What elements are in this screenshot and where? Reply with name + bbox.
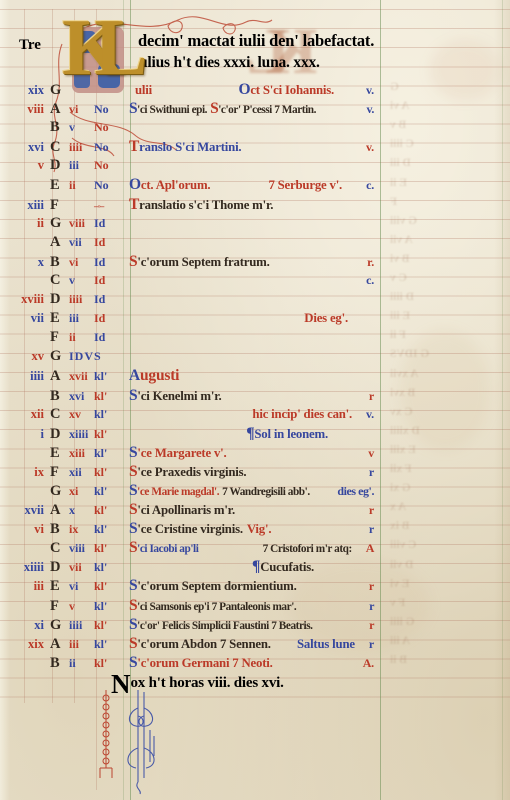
dominical-letter-cell: F	[47, 197, 69, 214]
feast-initial: S	[129, 597, 137, 614]
calendar-row: xviCiiiiNoTranslo S'ci Martini.v.	[0, 138, 379, 157]
feast-segment: ¶Sol in leonem.	[246, 425, 328, 443]
marker-cell: kl'	[94, 637, 129, 652]
feast-initial: S	[129, 616, 137, 633]
feast-segment: Translo S'ci Martini.	[129, 138, 241, 156]
feast-entry-cell: S'c'or' Felicis Simplicii Faustini 7 Bea…	[129, 616, 379, 634]
golden-number-cell: x	[0, 255, 47, 270]
day-count-cell: vii	[69, 560, 94, 575]
feast-initial: A	[129, 367, 140, 384]
month-summary-line: ulius h't dies xxxi. luna. xxx.	[139, 54, 320, 72]
day-count-cell: xiiii	[69, 427, 94, 442]
show-through-ghost-row: E ii	[390, 177, 407, 189]
calendar-row: xiiCxvkl'hic incip' dies can'.v.	[0, 406, 379, 425]
feast-entry-cell: S'ci Samsonis ep'i 7 Pantaleonis mar'.r	[129, 597, 379, 615]
marker-cell: kl'	[94, 579, 129, 594]
feast-segment: Dies eg'.	[304, 311, 348, 326]
calendar-row: xiiiiDviikl'¶Cucufatis.	[0, 558, 379, 577]
golden-number-cell: xv	[0, 349, 47, 364]
show-through-ghost-row: F v	[390, 597, 405, 609]
feast-entry-cell: S'ce Marie magdal'.7 Wandregisili abb'.d…	[129, 482, 379, 500]
golden-number-cell: vii	[0, 311, 47, 326]
day-count-cell: ix	[69, 522, 94, 537]
show-through-ghost-row: D vii	[390, 559, 413, 571]
day-count-cell: xvii	[69, 369, 94, 384]
feast-segment: Translatio s'c'i Thome m'r.	[129, 196, 273, 214]
feast-entry-cell: S'ce Margarete v'.v	[129, 444, 379, 462]
marker-cell: Id	[94, 292, 129, 307]
dominical-letter-cell: A	[47, 234, 69, 251]
show-through-ghost-row: A xvii	[390, 368, 418, 380]
marker-cell: Id	[94, 273, 129, 288]
show-through-ghost-row: G iiii	[390, 616, 415, 628]
dominical-letter-cell: A	[47, 502, 69, 519]
end-letter-cell: v	[368, 446, 374, 461]
calendar-row: FiiId	[0, 329, 379, 348]
marker-cell: kl'	[94, 618, 129, 633]
end-letter-cell: c.	[366, 273, 374, 288]
golden-number-cell: i	[0, 427, 47, 442]
feast-entry-cell: Oct. Apl'orum.7 Serburge v'.c.	[129, 176, 379, 194]
show-through-ghost-row: F xii	[390, 463, 412, 475]
golden-number-cell: ii	[0, 216, 47, 231]
dominical-letter-cell: G	[47, 617, 69, 634]
golden-number-cell: xiii	[0, 198, 47, 213]
marker-cell: kl'	[94, 503, 129, 518]
feast-entry-cell: S'ci Swithuni epi.S'c'or' P'cessi 7 Mart…	[129, 100, 379, 118]
feast-entry-cell: Translatio s'c'i Thome m'r.	[129, 196, 379, 214]
dominical-letter-cell: B	[47, 119, 69, 136]
feast-entry-cell: S'ci Kenelmi m'r.r	[129, 387, 379, 405]
marker-cell: kl'	[94, 522, 129, 537]
day-count-cell: ii	[69, 656, 94, 671]
dominical-letter-cell: A	[47, 368, 69, 385]
dominical-letter-cell: B	[47, 388, 69, 405]
verse-margin-syllable: Tre	[19, 37, 41, 54]
dominical-letter-cell: F	[47, 598, 69, 615]
marker-cell: kl'	[94, 407, 129, 422]
show-through-ghost-row: D xiiii	[390, 425, 420, 437]
calendar-row: vDiiiNo	[0, 157, 379, 176]
show-through-ghost-row: C viii	[390, 539, 417, 551]
dominical-letter-cell: D	[47, 291, 69, 308]
dominical-letter-cell: C	[47, 540, 69, 557]
marker-cell: kl'	[94, 446, 129, 461]
feast-entry-cell: uliiOct S'ci Iohannis.v.	[129, 81, 379, 99]
marker-cell: kl'	[94, 389, 129, 404]
feast-segment: S'ci Kenelmi m'r.	[129, 387, 222, 405]
footer-text: ox h't horas viii. dies xvi.	[131, 675, 284, 692]
calendar-row: EiiNoOct. Apl'orum.7 Serburge v'.c.	[0, 176, 379, 195]
feast-initial: ¶	[252, 558, 260, 575]
show-through-ghost-row: B ii	[390, 654, 407, 666]
calendar-row: Fvkl'S'ci Samsonis ep'i 7 Pantaleonis ma…	[0, 597, 379, 616]
feast-initial: T	[129, 196, 139, 213]
golden-number-cell: xvi	[0, 140, 47, 155]
show-through-ghost-row: C v	[390, 272, 407, 284]
golden-number-cell: xix	[0, 637, 47, 652]
end-letter-cell: A.	[363, 656, 374, 671]
show-through-ghost-row: G IDVS	[390, 348, 429, 360]
day-count-cell: vi	[69, 579, 94, 594]
day-count-cell: xv	[69, 407, 94, 422]
marker-cell: Id	[94, 216, 129, 231]
day-count-cell: ii	[69, 178, 94, 193]
feast-segment: S'c'or' Felicis Simplicii Faustini 7 Bea…	[129, 616, 313, 634]
end-letter-cell: v.	[366, 140, 374, 155]
dominical-letter-cell: G	[47, 348, 69, 365]
feast-initial: S	[129, 501, 137, 518]
marker-cell: No	[94, 158, 129, 173]
calendar-row: xviiiDiiiiId	[0, 291, 379, 310]
calendar-row: xixAiiikl'S'c'orum Abdon 7 Sennen.Saltus…	[0, 635, 379, 654]
show-through-ghost-row: G	[390, 81, 399, 93]
show-through-ghost-row: C iiii	[390, 138, 414, 150]
feast-initial: S	[129, 253, 137, 270]
end-letter-cell: c.	[366, 178, 374, 193]
golden-number-cell: viii	[0, 102, 47, 117]
show-through-ghost-row: E xiii	[390, 444, 416, 456]
dominical-letter-cell: B	[47, 254, 69, 271]
day-count-cell: iiii	[69, 292, 94, 307]
feast-entry-cell: S'ce Praxedis virginis.r	[129, 463, 379, 481]
parchment-stain	[430, 40, 500, 100]
end-letter-cell: r	[369, 465, 374, 480]
page-edge-right-shade	[494, 0, 510, 800]
show-through-ghost-row: B vi	[390, 253, 410, 265]
end-letter-cell: v.	[366, 83, 374, 98]
green-column-rule	[380, 0, 381, 800]
feast-segment: S'c'orum Abdon 7 Sennen.	[129, 635, 271, 653]
day-count-cell: iiii	[69, 618, 94, 633]
show-through-ghost-row: A vi	[390, 100, 410, 112]
dominical-letter-cell: A	[47, 636, 69, 653]
feast-initial: O	[238, 81, 250, 98]
feast-initial: S	[129, 520, 137, 537]
feast-entry-cell: ¶Sol in leonem.	[129, 425, 379, 443]
golden-number-cell: xvii	[0, 503, 47, 518]
end-letter-cell: r	[369, 618, 374, 633]
feast-segment: S'ci Iacobi ap'li	[129, 539, 198, 557]
calendar-row: Exiiikl'S'ce Margarete v'.v	[0, 444, 379, 463]
calendar-row: AviiId	[0, 234, 379, 253]
feast-segment: S'ci Samsonis ep'i 7 Pantaleonis mar'.	[129, 597, 296, 615]
feast-entry-cell: S'ce Cristine virginis.Vig'.r	[129, 520, 379, 538]
feast-segment: Oct S'ci Iohannis.	[238, 81, 334, 99]
end-letter-cell: A	[366, 541, 374, 556]
marker-cell: No	[94, 120, 129, 135]
dominical-letter-cell: E	[47, 177, 69, 194]
day-count-cell: iiii	[69, 140, 94, 155]
marker-cell: kl'	[94, 599, 129, 614]
dominical-letter-cell: E	[47, 310, 69, 327]
show-through-ghost-row: A vii	[390, 234, 413, 246]
calendar-row: ixFxiikl'S'ce Praxedis virginis.r	[0, 463, 379, 482]
feast-segment: Oct. Apl'orum.	[129, 176, 210, 194]
feast-entry-cell: ¶Cucufatis.	[129, 558, 379, 576]
golden-number-cell: iii	[0, 579, 47, 594]
golden-number-cell: xi	[0, 618, 47, 633]
marker-cell: kl'	[94, 427, 129, 442]
calendar-rows: xixGuliiOct S'ci Iohannis.v.viiiAviNoS'c…	[0, 81, 379, 673]
dominical-letter-cell: F	[47, 329, 69, 346]
dominical-letter-cell: G	[47, 483, 69, 500]
show-through-ghost-row: E vi	[390, 578, 410, 590]
day-count-cell: xiii	[69, 446, 94, 461]
feast-entry-cell: S'c'orum Abdon 7 Sennen.Saltus luner	[129, 635, 379, 653]
feast-segment: S'ci Swithuni epi.	[129, 100, 207, 118]
show-through-ghost-row: A x	[390, 501, 406, 513]
show-through-ghost-row: C xv	[390, 406, 413, 418]
show-through-ghost-row: B v	[390, 119, 406, 131]
golden-number-cell: xiiii	[0, 560, 47, 575]
dominical-letter-cell: D	[47, 559, 69, 576]
show-through-kl-monogram: KL	[270, 14, 317, 90]
dominical-letter-cell: G	[47, 215, 69, 232]
show-through-ghost-row: G viii	[390, 215, 417, 227]
end-letter-cell: r	[369, 579, 374, 594]
show-through-ghost-row: F	[390, 196, 397, 208]
bottom-pen-flourishes	[92, 690, 182, 795]
marker-cell: Id	[94, 330, 129, 345]
day-count-cell: v	[69, 120, 94, 135]
calendar-row: xvGIDVS	[0, 348, 379, 367]
calendar-row: xBviIdS'c'orum Septem fratrum.r.	[0, 253, 379, 272]
calendar-row: xiiiF–◦–Translatio s'c'i Thome m'r.	[0, 196, 379, 215]
day-count-cell: xvi	[69, 389, 94, 404]
feast-segment: S'c'orum Septem dormientium.	[129, 577, 297, 595]
show-through-ghost-row: B xvi	[390, 387, 415, 399]
feast-initial: ¶	[246, 425, 254, 442]
marker-cell: kl'	[94, 541, 129, 556]
marker-cell: kl'	[94, 484, 129, 499]
feast-initial: S	[129, 539, 137, 556]
golden-number-cell: xix	[0, 83, 47, 98]
marker-cell: kl'	[94, 369, 129, 384]
calendar-row: iiGviiiId	[0, 215, 379, 234]
marker-cell: –◦–	[94, 201, 129, 211]
dominical-letter-cell: B	[47, 521, 69, 538]
day-count-cell: viii	[69, 541, 94, 556]
show-through-ghost-row: A iii	[390, 635, 410, 647]
calendar-row: viBixkl'S'ce Cristine virginis.Vig'.r	[0, 520, 379, 539]
calendar-row: viiEiiiIdDies eg'.	[0, 310, 379, 329]
feast-segment: Augusti	[129, 367, 179, 385]
marker-cell: Id	[94, 311, 129, 326]
golden-number-cell: ix	[0, 465, 47, 480]
end-letter-cell: r	[369, 389, 374, 404]
dominical-letter-cell: E	[47, 578, 69, 595]
day-count-cell: viii	[69, 216, 94, 231]
calendar-row: xiGiiiikl'S'c'or' Felicis Simplicii Faus…	[0, 616, 379, 635]
day-count-cell: IDVS	[69, 349, 94, 364]
marker-cell: No	[94, 178, 129, 193]
feast-segment: S'c'orum Germani 7 Neoti.	[129, 654, 273, 672]
dominical-letter-cell: D	[47, 157, 69, 174]
feast-initial: S	[129, 482, 137, 499]
feast-segment: 7 Wandregisili abb'.	[222, 486, 310, 498]
marker-cell: kl'	[94, 560, 129, 575]
feast-entry-cell: Dies eg'.	[129, 311, 379, 326]
day-count-cell: x	[69, 503, 94, 518]
feast-entry-cell: S'c'orum Germani 7 Neoti.A.	[129, 654, 379, 672]
kl-monogram-letters: KL	[62, 3, 118, 94]
calendar-row: Bxvikl'S'ci Kenelmi m'r.r	[0, 387, 379, 406]
marker-cell: Id	[94, 255, 129, 270]
dominical-letter-cell: B	[47, 655, 69, 672]
feast-segment: S'ce Cristine virginis.	[129, 520, 243, 538]
show-through-ghost-row: E iii	[390, 310, 410, 322]
dominical-letter-cell: E	[47, 445, 69, 462]
egyptian-days-verse: decim' mactat iulii den' labefactat.	[138, 31, 374, 51]
day-count-cell: vii	[69, 235, 94, 250]
parchment-stain	[400, 330, 490, 450]
end-letter-cell: r	[369, 522, 374, 537]
calendar-row: BvNo	[0, 119, 379, 138]
marker-cell: Id	[94, 235, 129, 250]
calendar-row: viiiAviNoS'ci Swithuni epi.S'c'or' P'ces…	[0, 100, 379, 119]
day-count-cell: v	[69, 599, 94, 614]
dominical-letter-cell: D	[47, 426, 69, 443]
feast-initial: S	[210, 100, 218, 117]
end-letter-cell: r	[369, 637, 374, 652]
feast-initial: S	[129, 635, 137, 652]
feast-initial: S	[129, 387, 137, 404]
dominical-letter-cell: C	[47, 406, 69, 423]
golden-number-cell: xii	[0, 407, 47, 422]
calendar-row: iiiiAxviikl'Augusti	[0, 367, 379, 386]
day-count-cell: iii	[69, 311, 94, 326]
end-letter-cell: dies eg'.	[337, 484, 374, 499]
feast-segment: Saltus lune	[297, 637, 355, 652]
feast-entry-cell: c.	[129, 273, 379, 288]
feast-segment: S'ce Marie magdal'.	[129, 482, 219, 500]
feast-initial: S	[129, 463, 137, 480]
marker-cell: kl'	[94, 465, 129, 480]
feast-segment: S'c'orum Septem fratrum.	[129, 253, 270, 271]
day-count-cell: xi	[69, 484, 94, 499]
feast-segment: S'c'or' P'cessi 7 Martin.	[210, 100, 316, 118]
dominical-letter-cell: C	[47, 272, 69, 289]
end-letter-cell: r	[369, 599, 374, 614]
feast-entry-cell: S'c'orum Septem fratrum.r.	[129, 253, 379, 271]
feast-entry-cell: hic incip' dies can'.v.	[129, 407, 379, 422]
dominical-letter-cell: F	[47, 464, 69, 481]
calendar-row: iiiEvikl'S'c'orum Septem dormientium.r	[0, 577, 379, 596]
dominical-letter-cell: C	[47, 139, 69, 156]
day-count-cell: iii	[69, 158, 94, 173]
manuscript-page: KL GA viB vC iiiiD iiiE iiFG viiiA viiB …	[0, 0, 510, 800]
calendar-row: Gxikl'S'ce Marie magdal'.7 Wandregisili …	[0, 482, 379, 501]
feast-entry-cell: Augusti	[129, 367, 379, 385]
day-count-cell: ii	[69, 330, 94, 345]
feast-entry-cell: Translo S'ci Martini.v.	[129, 138, 379, 156]
calendar-row: Cviiikl'S'ci Iacobi ap'li7 Cristofori m'…	[0, 539, 379, 558]
show-through-ghost-row: D iiii	[390, 291, 414, 303]
feast-segment: ¶Cucufatis.	[252, 558, 314, 576]
footer-line: N ox h't horas viii. dies xvi.	[111, 671, 284, 698]
golden-number-cell: vi	[0, 522, 47, 537]
feast-entry-cell: S'ci Apollinaris m'r.r	[129, 501, 379, 519]
footer-initial: N	[111, 671, 131, 698]
feast-segment: S'ci Apollinaris m'r.	[129, 501, 235, 519]
feast-initial: T	[129, 138, 139, 155]
calendar-row: xixGuliiOct S'ci Iohannis.v.	[0, 81, 379, 100]
show-through-ghost-column: GA viB vC iiiiD iiiE iiFG viiiA viiB viC…	[384, 81, 506, 681]
feast-segment: S'ce Praxedis virginis.	[129, 463, 246, 481]
feast-segment: Vig'.	[247, 522, 271, 537]
end-letter-cell: r.	[367, 255, 374, 270]
feast-initial: S	[129, 444, 137, 461]
day-count-cell: v	[69, 273, 94, 288]
show-through-ghost-row: D iii	[390, 157, 411, 169]
marker-cell: No	[94, 140, 129, 155]
show-through-ghost-row: B ix	[390, 520, 410, 532]
show-through-ghost-row: F ii	[390, 329, 406, 341]
calendar-row: iDxiiiikl'¶Sol in leonem.	[0, 425, 379, 444]
end-letter-cell: v.	[366, 407, 374, 422]
kl-monogram: KL	[60, 12, 138, 107]
day-count-cell: iii	[69, 637, 94, 652]
golden-number-cell: iiii	[0, 369, 47, 384]
day-count-cell: xii	[69, 465, 94, 480]
calendar-row: CvIdc.	[0, 272, 379, 291]
feast-segment: 7 Cristofori m'r atq:	[263, 543, 352, 555]
calendar-row: xviiAxkl'S'ci Apollinaris m'r.r	[0, 501, 379, 520]
feast-entry-cell: S'c'orum Septem dormientium.r	[129, 577, 379, 595]
feast-initial: O	[129, 176, 141, 193]
golden-number-cell: v	[0, 158, 47, 173]
feast-segment: 7 Serburge v'.	[268, 178, 342, 193]
day-count-cell: vi	[69, 255, 94, 270]
show-through-ghost-row: G xi	[390, 482, 411, 494]
feast-entry-cell: S'ci Iacobi ap'li7 Cristofori m'r atq:A	[129, 539, 379, 557]
feast-segment: hic incip' dies can'.	[252, 407, 352, 422]
feast-initial: S	[129, 577, 137, 594]
golden-number-cell: xviii	[0, 292, 47, 307]
feast-segment: S'ce Margarete v'.	[129, 444, 227, 462]
end-letter-cell: r	[369, 503, 374, 518]
end-letter-cell: v.	[367, 102, 374, 117]
